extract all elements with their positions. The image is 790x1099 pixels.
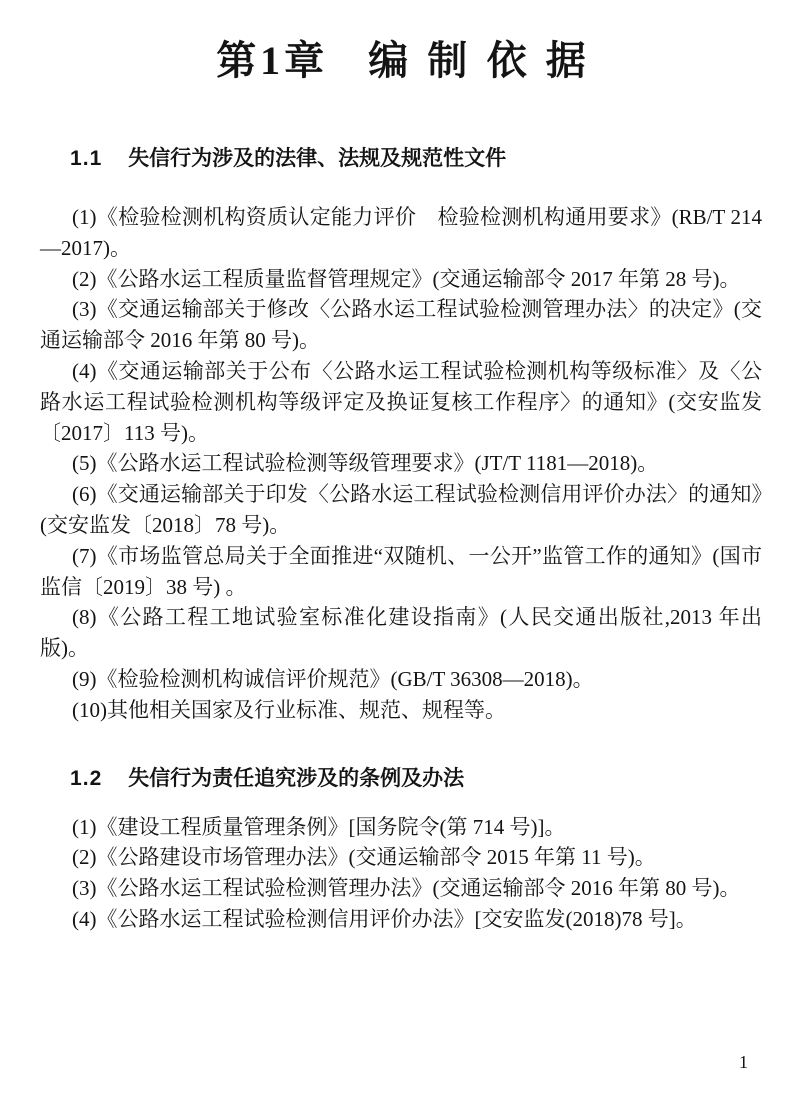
section-1-2-number: 1.2 [70, 767, 102, 790]
reference-item: (2)《公路建设市场管理办法》(交通运输部令 2015 年第 11 号)。 [40, 842, 762, 873]
section-1-1-heading: 1.1 失信行为涉及的法律、法规及规范性文件 [70, 146, 762, 172]
reference-item: (8)《公路工程工地试验室标准化建设指南》(人民交通出版社,2013 年出版)。 [40, 602, 762, 664]
chapter-name: 编制依据 [368, 38, 605, 83]
reference-item: (3)《交通运输部关于修改〈公路水运工程试验检测管理办法〉的决定》(交通运输部令… [40, 294, 762, 356]
reference-item: (4)《公路水运工程试验检测信用评价办法》[交安监发(2018)78 号]。 [40, 904, 762, 935]
section-1-1-body: (1)《检验检测机构资质认定能力评价 检验检测机构通用要求》(RB/T 214—… [40, 202, 762, 726]
chapter-title: 第1章 编制依据 [40, 36, 762, 86]
reference-item: (5)《公路水运工程试验检测等级管理要求》(JT/T 1181—2018)。 [40, 448, 762, 479]
reference-item: (4)《交通运输部关于公布〈公路水运工程试验检测机构等级标准〉及〈公路水运工程试… [40, 356, 762, 448]
section-1-2-title: 失信行为责任追究涉及的条例及办法 [128, 767, 464, 790]
section-1-2-heading: 1.2 失信行为责任追究涉及的条例及办法 [70, 766, 762, 792]
section-1-1: 1.1 失信行为涉及的法律、法规及规范性文件 (1)《检验检测机构资质认定能力评… [40, 146, 762, 726]
reference-item: (3)《公路水运工程试验检测管理办法》(交通运输部令 2016 年第 80 号)… [40, 873, 762, 904]
page-number: 1 [739, 1051, 748, 1073]
chapter-number: 第1章 [216, 38, 328, 83]
section-1-1-title: 失信行为涉及的法律、法规及规范性文件 [128, 147, 506, 170]
reference-item: (1)《检验检测机构资质认定能力评价 检验检测机构通用要求》(RB/T 214—… [40, 202, 762, 264]
section-1-2: 1.2 失信行为责任追究涉及的条例及办法 (1)《建设工程质量管理条例》[国务院… [40, 766, 762, 935]
reference-item: (2)《公路水运工程质量监督管理规定》(交通运输部令 2017 年第 28 号)… [40, 264, 762, 295]
reference-item: (6)《交通运输部关于印发〈公路水运工程试验检测信用评价办法〉的通知》(交安监发… [40, 479, 762, 541]
document-page: 第1章 编制依据 1.1 失信行为涉及的法律、法规及规范性文件 (1)《检验检测… [0, 0, 790, 1099]
reference-item: (10)其他相关国家及行业标准、规范、规程等。 [40, 695, 762, 726]
section-1-1-number: 1.1 [70, 147, 102, 170]
reference-item: (1)《建设工程质量管理条例》[国务院令(第 714 号)]。 [40, 812, 762, 843]
reference-item: (9)《检验检测机构诚信评价规范》(GB/T 36308—2018)。 [40, 664, 762, 695]
section-1-2-body: (1)《建设工程质量管理条例》[国务院令(第 714 号)]。 (2)《公路建设… [40, 812, 762, 935]
reference-item: (7)《市场监管总局关于全面推进“双随机、一公开”监管工作的通知》(国市监信〔2… [40, 541, 762, 603]
